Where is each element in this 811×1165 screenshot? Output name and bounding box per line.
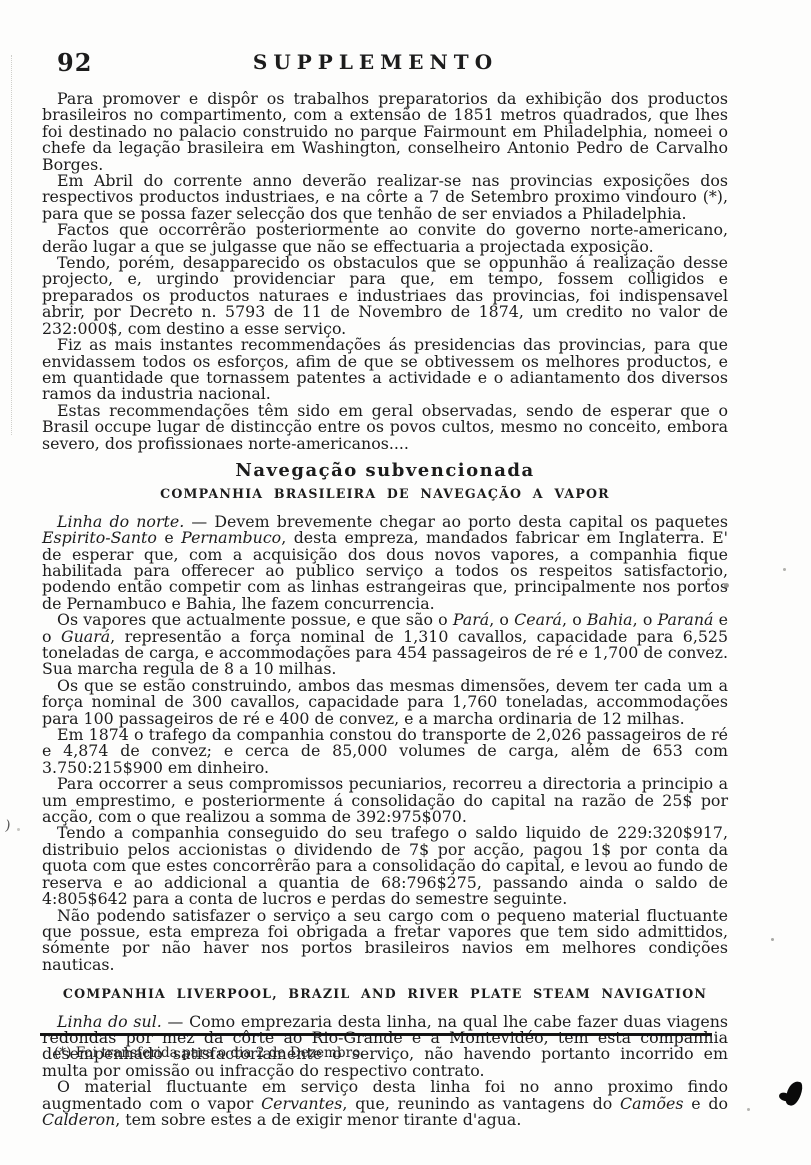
scan-artifact-specks [707,578,710,581]
paragraph: Para occorrer a seus compromissos pecuni… [42,776,728,825]
page-header: 92 SUPPLEMENTO [0,48,811,82]
footnote-rule [40,1033,712,1036]
scan-artifact-paren: ) [4,818,12,835]
scan-artifact-dotted-line [11,55,12,435]
paragraph: Tendo, porém, desapparecido os obstaculo… [42,255,728,337]
paragraph: Em Abril do corrente anno deverão realiz… [42,173,728,222]
scanned-document-page: ) 92 SUPPLEMENTO Para promover e dispôr … [0,0,811,1165]
paragraph: Os vapores que actualmente possue, e que… [42,612,728,678]
paragraph: Os que se estão construindo, ambos das m… [42,678,728,727]
scan-artifact-ink-blob [784,1080,804,1108]
paragraph: O material fluctuante em serviço desta l… [42,1079,728,1128]
page-title: SUPPLEMENTO [0,50,751,74]
text-body: Para promover e dispôr os trabalhos prep… [42,91,728,1128]
footnote-area: (*) Foi transferida para o dia 2 de Deze… [40,1033,712,1061]
paragraph: Para promover e dispôr os trabalhos prep… [42,91,728,173]
company-heading: COMPANHIA LIVERPOOL, BRAZIL AND RIVER PL… [42,986,728,1002]
footnote-text: (*) Foi transferida para o dia 2 de Deze… [40,1045,712,1061]
paragraph: Linha do norte. — Devem brevemente chega… [42,514,728,612]
paragraph: Estas recommendações têm sido em geral o… [42,403,728,452]
section-heading: Navegação subvencionada [42,463,728,479]
company-heading: COMPANHIA BRASILEIRA DE NAVEGAÇÃO A VAPO… [42,486,728,502]
paragraph: Fiz as mais instantes recommendações ás … [42,337,728,403]
paragraph: Em 1874 o trafego da companhia constou d… [42,727,728,776]
paragraph: Factos que occorrêrão posteriormente ao … [42,222,728,255]
paragraph: Tendo a companhia conseguido do seu traf… [42,825,728,907]
paragraph: Não podendo satisfazer o serviço a seu c… [42,908,728,974]
